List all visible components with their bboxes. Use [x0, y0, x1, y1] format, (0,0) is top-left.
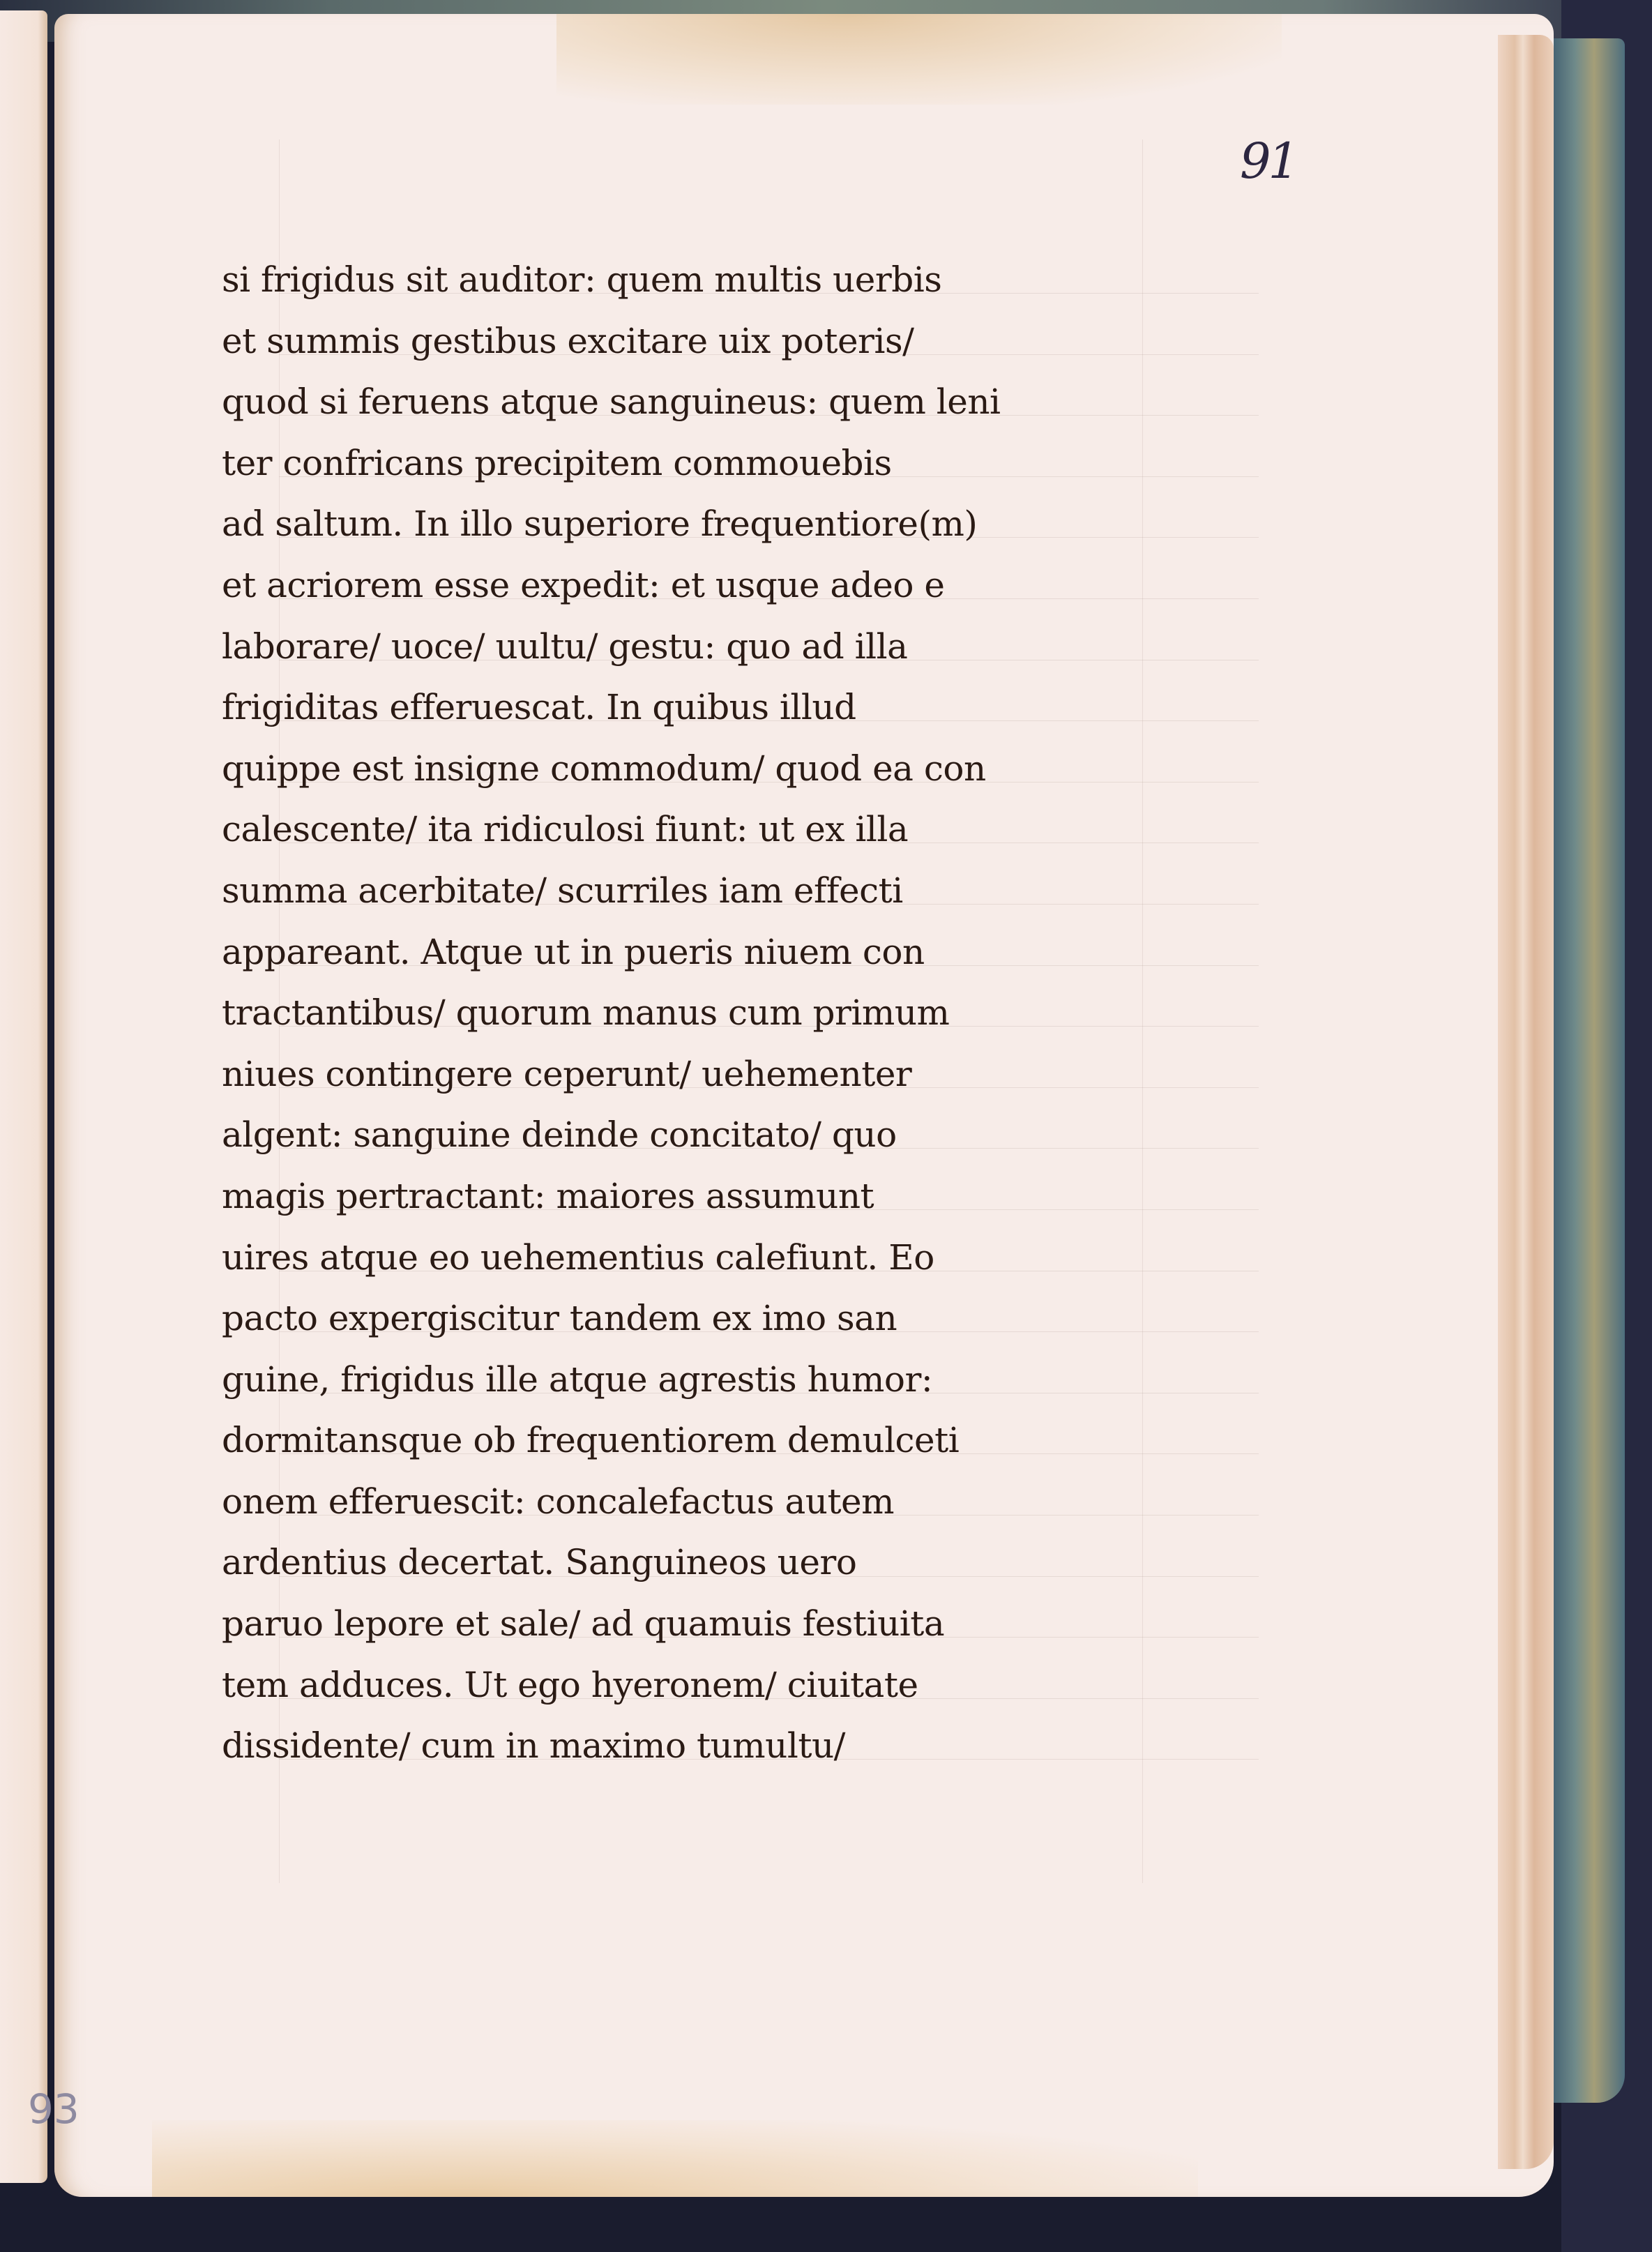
text-line: ad saltum. In illo superiore frequentior…: [222, 494, 1212, 555]
text-line: paruo lepore et sale/ ad quamuis festiui…: [222, 1594, 1212, 1655]
book-binding-edge: [1548, 38, 1625, 2103]
text-line: quod si feruens atque sanguineus: quem l…: [222, 372, 1212, 433]
text-line: guine, frigidus ille atque agrestis humo…: [222, 1350, 1212, 1411]
text-line: niues contingere ceperunt/ uehementer: [222, 1044, 1212, 1105]
text-line: laborare/ uoce/ uultu/ gestu: quo ad ill…: [222, 617, 1212, 678]
text-line: uires atque eo uehementius calefiunt. Eo: [222, 1227, 1212, 1289]
text-line: pacto expergiscitur tandem ex imo san: [222, 1288, 1212, 1350]
text-line: tractantibus/ quorum manus cum primum: [222, 983, 1212, 1044]
text-line: summa acerbitate/ scurriles iam effecti: [222, 861, 1212, 922]
page-fore-edge: [1498, 35, 1554, 2169]
text-line: calescente/ ita ridiculosi fiunt: ut ex …: [222, 799, 1212, 861]
facing-page-edge: [0, 10, 47, 2183]
text-line: magis pertractant: maiores assumunt: [222, 1166, 1212, 1227]
text-line: dormitansque ob frequentiorem demulceti: [222, 1410, 1212, 1472]
text-line: si frigidus sit auditor: quem multis uer…: [222, 250, 1212, 311]
text-line: quippe est insigne commodum/ quod ea con: [222, 739, 1212, 800]
text-line: frigiditas efferuescat. In quibus illud: [222, 677, 1212, 739]
manuscript-text-block: si frigidus sit auditor: quem multis uer…: [222, 250, 1212, 1777]
text-line: ardentius decertat. Sanguineos uero: [222, 1532, 1212, 1594]
text-line: onem efferuescit: concalefactus autem: [222, 1472, 1212, 1533]
text-line: algent: sanguine deinde concitato/ quo: [222, 1105, 1212, 1166]
text-line: et acriorem esse expedit: et usque adeo …: [222, 555, 1212, 617]
folio-number: 91: [1240, 133, 1296, 190]
pencil-page-number: 93: [28, 2085, 79, 2133]
text-line: tem adduces. Ut ego hyeronem/ ciuitate: [222, 1655, 1212, 1716]
text-line: ter confricans precipitem commouebis: [222, 433, 1212, 494]
text-line: appareant. Atque ut in pueris niuem con: [222, 922, 1212, 983]
text-line: dissidente/ cum in maximo tumultu/: [222, 1716, 1212, 1777]
text-line: et summis gestibus excitare uix poteris/: [222, 311, 1212, 372]
water-stain-top: [556, 14, 1282, 105]
water-stain-bottom: [152, 2120, 1198, 2197]
